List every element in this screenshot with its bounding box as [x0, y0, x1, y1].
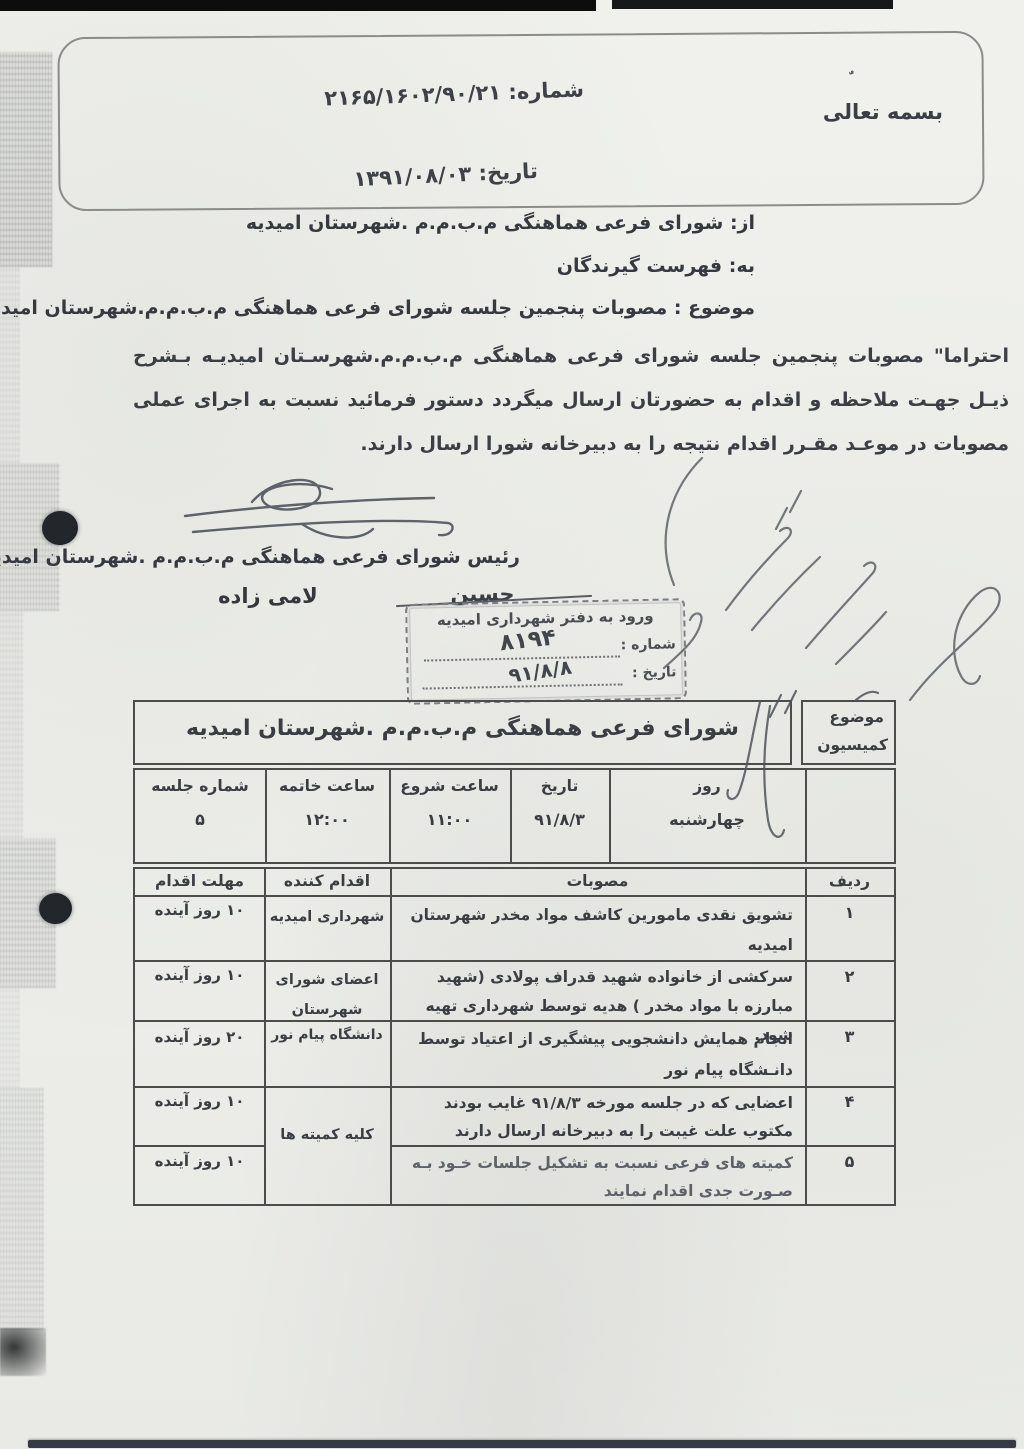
column-header-actor: اقدام کننده — [264, 872, 390, 890]
resolution-text: انجام همایش دانشجویی پیشگیری از اعتیاد ت… — [390, 1020, 805, 1086]
start-time-value: ۱۱:۰۰ — [389, 810, 510, 829]
meeting-date-header: تاریخ — [510, 777, 609, 795]
session-number-header: شماره جلسه — [135, 777, 265, 795]
column-header-resolution: مصوبات — [390, 872, 805, 890]
end-time-value: ۱۲:۰۰ — [265, 810, 389, 829]
actor-text: دانشگاه پیام نور — [264, 1027, 390, 1043]
stamp-date-label: تاریخ : — [632, 664, 677, 681]
actor-text-merged: کلیه کمیته ها — [264, 1127, 390, 1143]
scan-smudge — [0, 1328, 46, 1376]
deadline-text: ۱۰ روز آینده — [135, 901, 264, 919]
handwritten-annotation — [664, 458, 1000, 700]
row-number: ۱ — [805, 903, 894, 922]
signer-title: رئیس شورای فرعی هماهنگی م.ب.م.م .شهرستان… — [120, 546, 520, 568]
from-line: از: شورای فرعی هماهنگی م.ب.م.م .شهرستان … — [246, 212, 755, 234]
stamp-date-handwritten: ۹۱/۸/۸ — [507, 655, 573, 688]
deadline-text: ۲۰ روز آینده — [135, 1028, 264, 1046]
scan-smudge — [0, 988, 20, 1088]
actor-text: اعضای شورای شهرستان — [264, 965, 390, 1025]
stamp-number-label: شماره : — [621, 636, 677, 653]
meeting-date-value: ۹۱/۸/۳ — [510, 810, 609, 829]
to-line: به: فهرست گیرندگان — [557, 255, 755, 277]
session-number-value: ۵ — [135, 810, 265, 829]
besmellah-text: بسمه تعالی — [793, 100, 973, 124]
commission-subject-cell: موضوع کمیسیون — [801, 700, 896, 765]
actor-text: شهرداری امیدیه — [264, 900, 390, 934]
resolution-text: تشویق نقدی مامورین کاشف مواد مخدر شهرستا… — [390, 895, 805, 960]
commission-label-1: موضوع — [829, 708, 884, 726]
resolution-text: اعضایی که در جلسه مورخه ۹۱/۸/۳ غایب بودن… — [390, 1086, 805, 1145]
deadline-text: ۱۰ روز آینده — [135, 1152, 264, 1170]
row-number: ۵ — [805, 1152, 894, 1171]
table-title-cell: شورای فرعی هماهنگی م.ب.م.م .شهرستان امید… — [133, 700, 792, 765]
scan-smudge — [0, 611, 24, 838]
row-number: ۲ — [805, 967, 894, 986]
letter-body: احتراما" مصوبات پنجمین جلسه شورای فرعی ه… — [133, 334, 1009, 466]
scanned-letter-page: بسمه تعالی ٌ شماره: ۲۱۶۵/۱۶۰۲/۹۰/۲۱ تاری… — [0, 0, 1024, 1449]
letter-number-label: شماره: — [508, 77, 584, 104]
meeting-info-table: شورای فرعی هماهنگی م.ب.م.م .شهرستان امید… — [133, 700, 897, 865]
resolutions-table: ردیف مصوبات اقدام کننده مهلت اقدام ۱ تشو… — [133, 867, 896, 1206]
signature-scribble — [185, 480, 453, 538]
meeting-day-value: چهارشنبه — [609, 810, 805, 829]
column-header-deadline: مهلت اقدام — [135, 872, 264, 890]
registry-entry-stamp: ورود به دفتر شهرداری امیدیه شماره : ۸۱۹۴… — [405, 598, 687, 705]
row-number: ۴ — [805, 1092, 894, 1111]
subject-line: موضوع : مصوبات پنجمین جلسه شورای فرعی هم… — [0, 297, 755, 319]
scan-smudge — [0, 52, 52, 267]
deadline-text: ۱۰ روز آینده — [135, 1092, 264, 1110]
table-title: شورای فرعی هماهنگی م.ب.م.م .شهرستان امید… — [135, 716, 790, 741]
commission-label-2: کمیسیون — [817, 736, 888, 754]
scan-top-bar-right — [612, 0, 893, 9]
signer-last-name: لامی زاده — [198, 584, 338, 608]
stamp-number-handwritten: ۸۱۹۴ — [499, 624, 558, 656]
end-time-header: ساعت خاتمه — [265, 777, 389, 795]
scan-smudge — [0, 1088, 44, 1330]
start-time-header: ساعت شروع — [389, 777, 510, 795]
meeting-day-header: روز — [609, 777, 805, 795]
deadline-text: ۱۰ روز آینده — [135, 966, 264, 984]
resolution-text: کمیته های فرعی نسبت به تشکیل جلسات خـود … — [390, 1145, 805, 1205]
scan-top-bar-left — [0, 0, 596, 11]
row-number: ۳ — [805, 1027, 894, 1046]
meeting-detail-row: شماره جلسه ۵ ساعت خاتمه ۱۲:۰۰ ساعت شروع … — [133, 768, 896, 864]
letter-date-label: تاریخ: — [478, 159, 538, 186]
column-header-row: ردیف — [805, 872, 894, 890]
scan-bottom-bar — [28, 1440, 1016, 1448]
